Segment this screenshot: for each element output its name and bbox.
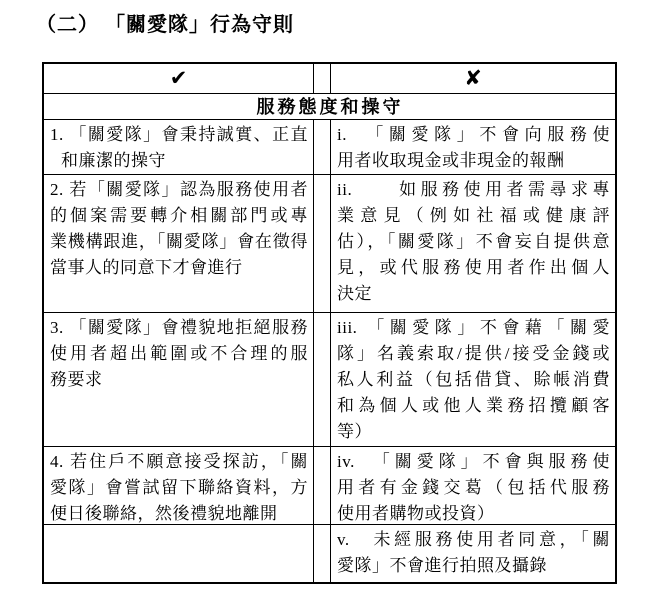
text-line: 3. 「關愛隊」會禮貌地拒絕服務 bbox=[50, 315, 308, 341]
text-line: ii. 如服務使用者需尋求專 bbox=[337, 177, 610, 203]
conduct-rules-table: ✔ ✘ 服務態度和操守 1. 「關愛隊」會秉持誠實、正直 和廉潔的操守 i. 「… bbox=[42, 62, 617, 584]
spacer-cell bbox=[314, 447, 331, 524]
text-line: 便日後聯絡，然後禮貌地離開 bbox=[50, 501, 308, 524]
rule-dont-1: i. 「關愛隊」不會向服務使 用者收取現金或非現金的報酬 bbox=[331, 120, 615, 174]
text-line: 和為個人或他人業務招攬顧客 bbox=[337, 393, 610, 419]
text-line: 使用者超出範圍或不合理的服 bbox=[50, 341, 308, 367]
text-line: 私人利益（包括借貸、賒帳消費 bbox=[337, 367, 610, 393]
rule-do-2: 2. 若「關愛隊」認為服務使用者 的個案需要轉介相關部門或專 業機構跟進，「關愛… bbox=[44, 175, 314, 312]
text-line: 隊」名義索取/提供/接受金錢或 bbox=[337, 341, 610, 367]
rule-dont-3: iii. 「關愛隊」不會藉「關愛 隊」名義索取/提供/接受金錢或 私人利益（包括… bbox=[331, 313, 615, 446]
spacer-cell bbox=[314, 175, 331, 312]
header-dont-cell: ✘ bbox=[331, 64, 615, 93]
text-line: 務要求 bbox=[50, 367, 308, 393]
rule-do-3: 3. 「關愛隊」會禮貌地拒絕服務 使用者超出範圍或不合理的服 務要求 bbox=[44, 313, 314, 446]
rule-do-1: 1. 「關愛隊」會秉持誠實、正直 和廉潔的操守 bbox=[44, 120, 314, 174]
text-line: 當事人的同意下才會進行 bbox=[50, 255, 308, 281]
text-line: 業機構跟進，「關愛隊」會在徵得 bbox=[50, 229, 308, 255]
header-do-cell: ✔ bbox=[44, 64, 314, 93]
table-header-row: ✔ ✘ bbox=[44, 64, 615, 94]
table-row: 4. 若住戶不願意接受探訪，「關 愛隊」會嘗試留下聯絡資料，方 便日後聯絡，然後… bbox=[44, 447, 615, 525]
text-line: iv. 「關愛隊」不會與服務使 bbox=[337, 449, 610, 475]
text-line: iii. 「關愛隊」不會藉「關愛 bbox=[337, 315, 610, 341]
text-line: 業意見（例如社福或健康評 bbox=[337, 203, 610, 229]
text-line: 等） bbox=[337, 419, 610, 445]
rule-dont-4: iv. 「關愛隊」不會與服務使 用者有金錢交葛（包括代服務 使用者購物或投資） bbox=[331, 447, 615, 524]
rule-dont-2: ii. 如服務使用者需尋求專 業意見（例如社福或健康評 估），「關愛隊」不會妄自… bbox=[331, 175, 615, 312]
table-row: 2. 若「關愛隊」認為服務使用者 的個案需要轉介相關部門或專 業機構跟進，「關愛… bbox=[44, 175, 615, 313]
section-row: 服務態度和操守 bbox=[44, 94, 615, 120]
spacer-cell bbox=[314, 120, 331, 174]
text-line: 決定 bbox=[337, 281, 610, 307]
spacer-cell bbox=[314, 313, 331, 446]
text-line: 見，或代服務使用者作出個人 bbox=[337, 255, 610, 281]
text-line: 使用者購物或投資） bbox=[337, 501, 610, 524]
table-row: v. 未經服務使用者同意，「關 愛隊」不會進行拍照及攝錄 bbox=[44, 525, 615, 582]
document-page: （二） 「關愛隊」行為守則 ✔ ✘ 服務態度和操守 1. 「關愛隊」會秉持誠實、… bbox=[0, 0, 645, 603]
text-line: 估），「關愛隊」不會妄自提供意 bbox=[337, 229, 610, 255]
text-line: i. 「關愛隊」不會向服務使 bbox=[337, 122, 610, 148]
page-title: （二） 「關愛隊」行為守則 bbox=[36, 13, 645, 37]
text-line: v. 未經服務使用者同意，「關 bbox=[337, 527, 610, 553]
text-line: 用者有金錢交葛（包括代服務 bbox=[337, 475, 610, 501]
text-line: 愛隊」不會進行拍照及攝錄 bbox=[337, 553, 610, 579]
cross-icon: ✘ bbox=[464, 68, 482, 89]
spacer-cell bbox=[314, 64, 331, 93]
spacer-cell bbox=[314, 525, 331, 582]
rule-do-4: 4. 若住戶不願意接受探訪，「關 愛隊」會嘗試留下聯絡資料，方 便日後聯絡，然後… bbox=[44, 447, 314, 524]
table-row: 3. 「關愛隊」會禮貌地拒絕服務 使用者超出範圍或不合理的服 務要求 iii. … bbox=[44, 313, 615, 447]
rule-dont-5: v. 未經服務使用者同意，「關 愛隊」不會進行拍照及攝錄 bbox=[331, 525, 615, 582]
text-line: 和廉潔的操守 bbox=[50, 148, 308, 174]
check-icon: ✔ bbox=[170, 68, 188, 89]
text-line: 4. 若住戶不願意接受探訪，「關 bbox=[50, 449, 308, 475]
text-line: 的個案需要轉介相關部門或專 bbox=[50, 203, 308, 229]
text-line: 用者收取現金或非現金的報酬 bbox=[337, 148, 610, 174]
table-row: 1. 「關愛隊」會秉持誠實、正直 和廉潔的操守 i. 「關愛隊」不會向服務使 用… bbox=[44, 120, 615, 175]
text-line: 愛隊」會嘗試留下聯絡資料，方 bbox=[50, 475, 308, 501]
rule-do-empty bbox=[44, 525, 314, 582]
text-line: 1. 「關愛隊」會秉持誠實、正直 bbox=[50, 122, 308, 148]
section-title: 服務態度和操守 bbox=[44, 94, 615, 119]
text-line: 2. 若「關愛隊」認為服務使用者 bbox=[50, 177, 308, 203]
